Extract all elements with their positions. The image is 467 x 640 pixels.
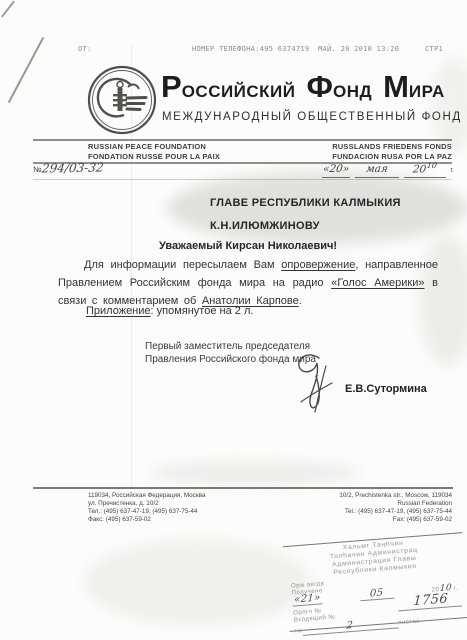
- org-title-word-1: Р ОССИЙСКИЙ: [161, 72, 296, 102]
- date-year-suffix: г.: [450, 167, 454, 174]
- recipient-line-2: К.Н.ИЛЮМЖИНОВУ: [210, 215, 401, 238]
- date-month-handwritten: мая: [365, 163, 389, 175]
- ref-number-label: №: [33, 165, 42, 174]
- org-title-initial: М: [383, 72, 409, 102]
- scan-shading-above-footer: [150, 462, 360, 484]
- footer-address-ru: 119034, Российская Федерация, Москва ул.…: [88, 492, 205, 524]
- footer-rule: [33, 487, 453, 489]
- org-title: Р ОССИЙСКИЙ Ф ОНД М ИРА: [161, 72, 461, 102]
- footer-en-line-1: 10/2, Prechistenka str., Moscow, 119034: [240, 492, 452, 500]
- fax-phone-number: НОМЕР ТЕЛЕФОНА:495 6374719: [192, 45, 309, 53]
- scan-corner-crease: [8, 37, 45, 103]
- footer-ru-line-2: ул. Пречистенка, д. 10/2: [88, 500, 205, 508]
- date-day-handwritten: «20»: [322, 163, 350, 175]
- org-name-de: RUSSLANDS FRIEDENS FONDS: [332, 142, 452, 152]
- letter-paragraph: Для информации пересылаем Вам опровержен…: [58, 256, 438, 311]
- header-rule-faint: [33, 179, 452, 180]
- letter-date-row: «20» мая 2010 г.: [322, 159, 454, 178]
- org-title-rest: ОНД: [333, 82, 372, 102]
- org-title-initial: Ф: [307, 72, 333, 102]
- org-subtitle: МЕЖДУНАРОДНЫЙ ОБЩЕСТВЕННЫЙ ФОНД: [162, 111, 458, 123]
- footer-ru-line-1: 119034, Российская Федерация, Москва: [88, 492, 205, 500]
- scan-shading-bottom: [85, 540, 310, 625]
- fax-page-number: СТР1: [425, 45, 443, 53]
- stamp-month-handwritten: 05: [370, 588, 384, 600]
- recipient-line-1: ГЛАВЕ РЕСПУБЛИКИ КАЛМЫКИЯ: [210, 192, 401, 215]
- incoming-registration-stamp: Хальмг Таңһчин Толһачин Администрац Адми…: [283, 532, 467, 632]
- footer-ru-line-4: Факс: (495) 637-59-02: [88, 516, 205, 524]
- scanned-letter-page: ОТ: НОМЕР ТЕЛЕФОНА:495 6374719 МАЙ. 20 2…: [0, 0, 467, 640]
- org-title-rest: ИРА: [409, 82, 445, 102]
- org-title-word-2: Ф ОНД: [307, 72, 373, 102]
- stamp-sheets-suffix: листах: [398, 618, 420, 627]
- salutation: Уважаемый Кирсан Николаевич!: [58, 240, 438, 252]
- footer-en-line-4: Fax: (495) 637-59-02: [240, 516, 452, 524]
- date-month-slot: мая: [355, 159, 399, 178]
- recipient-block: ГЛАВЕ РЕСПУБЛИКИ КАЛМЫКИЯ К.Н.ИЛЮМЖИНОВУ: [210, 192, 401, 238]
- footer-en-line-3: Tel.: (495) 637-47-19, (495) 637-75-44: [240, 508, 452, 516]
- header-rule-top: [33, 139, 452, 141]
- stamp-sheets-handwritten: 2: [346, 620, 353, 632]
- scan-corner-tick: [1, 1, 15, 18]
- footer-address-en: 10/2, Prechistenka str., Moscow, 119034 …: [240, 492, 452, 524]
- org-names-left: RUSSIAN PEACE FOUNDATION FONDATION RUSSE…: [33, 142, 220, 161]
- fax-datetime: МАЙ. 20 2010 13:20: [318, 45, 399, 53]
- attachment-note: Приложение: упомянутое на 2 л.: [86, 305, 253, 317]
- date-day-slot: «20»: [322, 159, 350, 178]
- handwritten-signature: [288, 350, 340, 416]
- stamp-incoming-number-handwritten: 1756: [398, 591, 463, 612]
- org-title-word-3: М ИРА: [383, 72, 445, 102]
- stamp-day-handwritten: «21»: [294, 593, 321, 606]
- fax-from-label: ОТ:: [78, 45, 92, 53]
- org-title-initial: Р: [161, 72, 182, 102]
- org-name-fr: FONDATION RUSSE POUR LA PAIX: [88, 152, 220, 162]
- footer-en-line-2: Russian Federation: [240, 500, 452, 508]
- ref-number-handwritten: 294/03-32: [41, 160, 104, 175]
- signer-name: Е.В.Сутормина: [345, 383, 427, 395]
- footer-ru-line-3: Тел.: (495) 637-47-19, (495) 637-75-44: [88, 508, 205, 516]
- date-year-slot: 2010: [404, 159, 446, 178]
- reference-number-row: № 294/03-32: [33, 161, 103, 175]
- date-year-handwritten: 2010: [412, 160, 438, 176]
- peace-fund-logo-icon: [86, 64, 158, 136]
- org-title-rest: ОССИЙСКИЙ: [182, 82, 296, 102]
- stamp-date-day-slot: «21»: [292, 593, 323, 607]
- org-name-en: RUSSIAN PEACE FOUNDATION: [88, 142, 220, 152]
